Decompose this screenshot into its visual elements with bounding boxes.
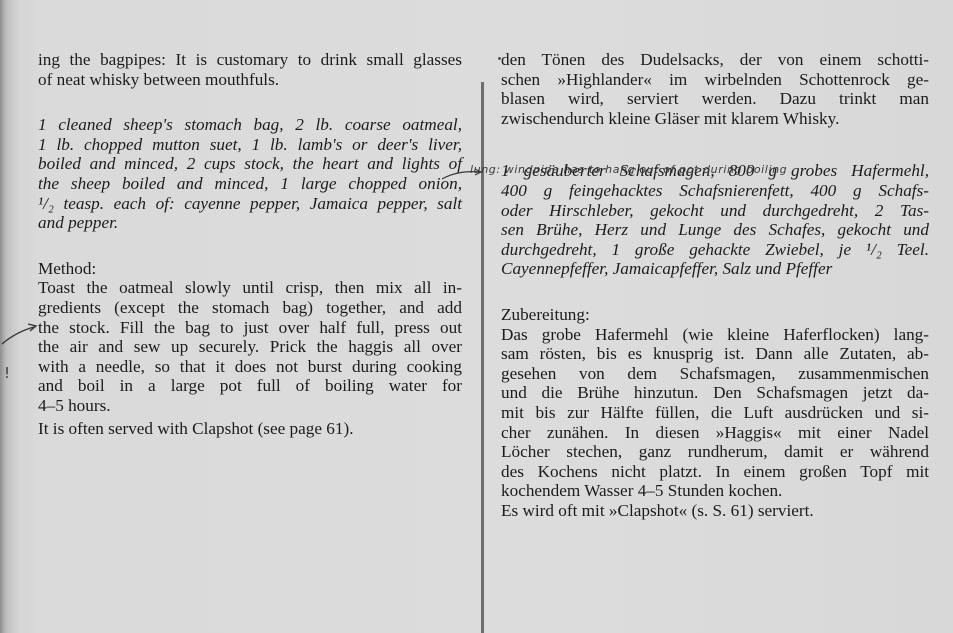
german-intro: den Tönen des Dudelsacks, der von einem … bbox=[501, 50, 929, 128]
annotation-arrow-icon bbox=[440, 164, 490, 184]
scan-speck bbox=[498, 57, 501, 60]
method-heading: Zubereitung: bbox=[501, 305, 929, 325]
ingredient-line: 1 cleaned sheep's stomach bag, 2 lb. coa… bbox=[38, 115, 462, 135]
method-line: cher zunähen. In diesen »Haggis« mit ein… bbox=[501, 423, 929, 443]
serving-note: It is often served with Clapshot (see pa… bbox=[38, 419, 462, 439]
german-ingredients: 1 gesäuberter Schafsmagen, 800 g grobes … bbox=[501, 161, 929, 279]
margin-exclamation-mark: ! bbox=[4, 364, 11, 382]
ingredient-line: 1 lb. chopped mutton suet, 1 lb. lamb's … bbox=[38, 135, 462, 155]
method-line: sam rösten, bis es knusprig ist. Dann al… bbox=[501, 344, 929, 364]
method-heading: Method: bbox=[38, 259, 462, 279]
method-line: und die Brühe hinzutun. Den Schafsmagen … bbox=[501, 383, 929, 403]
ingredient-line: oder Hirschleber, gekocht und durchgedre… bbox=[501, 201, 929, 221]
english-ingredients: 1 cleaned sheep's stomach bag, 2 lb. coa… bbox=[38, 115, 462, 233]
method-line: with a needle, so that it does not burst… bbox=[38, 357, 462, 377]
text-line: schen »Highlander« im wirbelnden Schotte… bbox=[501, 70, 929, 90]
german-column: den Tönen des Dudelsacks, der von einem … bbox=[501, 50, 929, 520]
english-intro: ing the bagpipes: It is customary to dri… bbox=[38, 50, 462, 89]
text-line: of neat whisky between mouthfuls. bbox=[38, 70, 462, 90]
text-line: den Tönen des Dudelsacks, der von einem … bbox=[501, 50, 929, 70]
ingredient-line: durchgedreht, 1 große gehackte Zwiebel, … bbox=[501, 240, 929, 260]
method-line: the air and sew up securely. Prick the h… bbox=[38, 337, 462, 357]
method-line: and boil in a large pot full of boiling … bbox=[38, 376, 462, 396]
method-line: 4–5 hours. bbox=[38, 396, 462, 416]
scanned-cookbook-page: ing the bagpipes: It is customary to dri… bbox=[0, 0, 953, 633]
method-line: gredients (except the stomach bag) toget… bbox=[38, 298, 462, 318]
method-line: the stock. Fill the bag to just over hal… bbox=[38, 318, 462, 338]
ingredient-line: ¹/₂ teasp. each of: cayenne pepper, Jama… bbox=[38, 194, 462, 214]
ingredient-line: the sheep boiled and minced, 1 large cho… bbox=[38, 174, 462, 194]
english-column: ing the bagpipes: It is customary to dri… bbox=[38, 50, 462, 438]
text-line: blasen wird, serviert werden. Dazu trink… bbox=[501, 89, 929, 109]
english-method: Toast the oatmeal slowly until crisp, th… bbox=[38, 278, 462, 415]
ingredient-line: and pepper. bbox=[38, 213, 462, 233]
method-line: kochendem Wasser 4–5 Stunden kochen. bbox=[501, 481, 929, 501]
serving-note: Es wird oft mit »Clapshot« (s. S. 61) se… bbox=[501, 501, 929, 521]
method-line: des Kochens nicht platzt. In einem große… bbox=[501, 462, 929, 482]
handwritten-note: lung: windpipe has to hang out of pot du… bbox=[470, 163, 787, 176]
ingredient-line: boiled and minced, 2 cups stock, the hea… bbox=[38, 154, 462, 174]
method-line: mit bis zur Hälfte füllen, die Luft ausd… bbox=[501, 403, 929, 423]
german-method: Das grobe Hafermehl (wie kleine Haferflo… bbox=[501, 325, 929, 501]
text-line: zwischendurch kleine Gläser mit klarem W… bbox=[501, 109, 929, 129]
text-line: ing the bagpipes: It is customary to dri… bbox=[38, 50, 462, 70]
method-line: Toast the oatmeal slowly until crisp, th… bbox=[38, 278, 462, 298]
method-line: Das grobe Hafermehl (wie kleine Haferflo… bbox=[501, 325, 929, 345]
ingredient-line: 400 g feingehacktes Schafsnierenfett, 40… bbox=[501, 181, 929, 201]
ingredient-line: Cayennepfeffer, Jamaicapfeffer, Salz und… bbox=[501, 259, 929, 279]
ingredient-line: sen Brühe, Herz und Lunge des Schafes, g… bbox=[501, 220, 929, 240]
method-line: gesehen von dem Schafsmagen, zusammenmis… bbox=[501, 364, 929, 384]
method-line: Löcher stechen, ganz rundherum, damit er… bbox=[501, 442, 929, 462]
margin-arrow-icon bbox=[0, 318, 42, 348]
